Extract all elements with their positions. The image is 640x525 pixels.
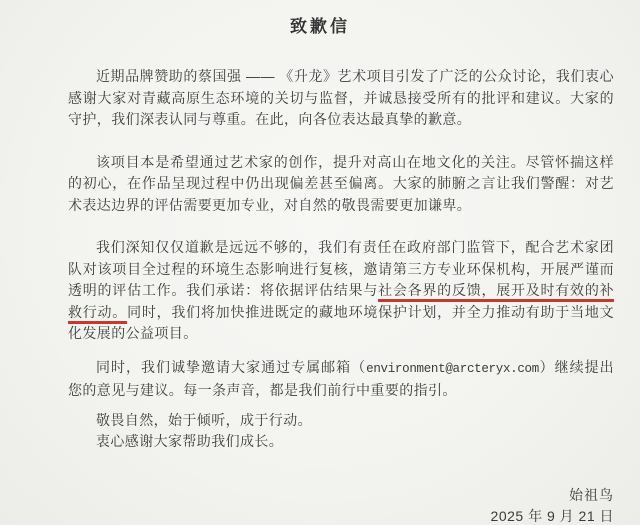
paragraph-4: 同时，我们诚挚邀请大家通过专属邮箱（environment@arcteryx.c… [68,357,614,402]
letter-body: 近期品牌赞助的蔡国强 —— 《升龙》艺术项目引发了广泛的公众讨论，我们衷心感谢大… [68,66,614,402]
paragraph-1-text: 近期品牌赞助的蔡国强 —— 《升龙》艺术项目引发了广泛的公众讨论，我们衷心感谢大… [68,68,614,127]
signature-name: 始祖鸟 [68,485,614,507]
letter-title: 致歉信 [0,0,640,37]
paragraph-2: 该项目本是希望通过艺术家的创作，提升对高山在地文化的关注。尽管怀揣这样的初心，在… [68,152,614,217]
closing-line-2: 衷心感谢大家帮助我们成长。 [68,431,614,453]
paragraph-3: 我们深知仅仅道歉是远远不够的，我们有责任在政府部门监管下，配合艺术家团队对该项目… [68,237,614,345]
contact-email-text: environment@arcteryx.com [366,362,539,376]
signature-block: 始祖鸟 2025 年 9 月 21 日 [68,485,640,525]
signature-date: 2025 年 9 月 21 日 [68,506,614,525]
paragraph-4-text-before: 同时，我们诚挚邀请大家通过专属邮箱（ [96,359,366,375]
paragraph-1: 近期品牌赞助的蔡国强 —— 《升龙》艺术项目引发了广泛的公众讨论，我们衷心感谢大… [68,66,614,131]
paragraph-2-text: 该项目本是希望通过艺术家的创作，提升对高山在地文化的关注。尽管怀揣这样的初心，在… [68,154,614,213]
paragraph-3-text-after: 同时，我们将加快推进既定的藏地环境保护计划，并全力推动有助于当地文化发展的公益项… [68,304,614,342]
closing-line-1: 敬畏自然，始于倾听，成于行动。 [68,410,614,432]
apology-letter-page: 致歉信 近期品牌赞助的蔡国强 —— 《升龙》艺术项目引发了广泛的公众讨论，我们衷… [0,0,640,525]
